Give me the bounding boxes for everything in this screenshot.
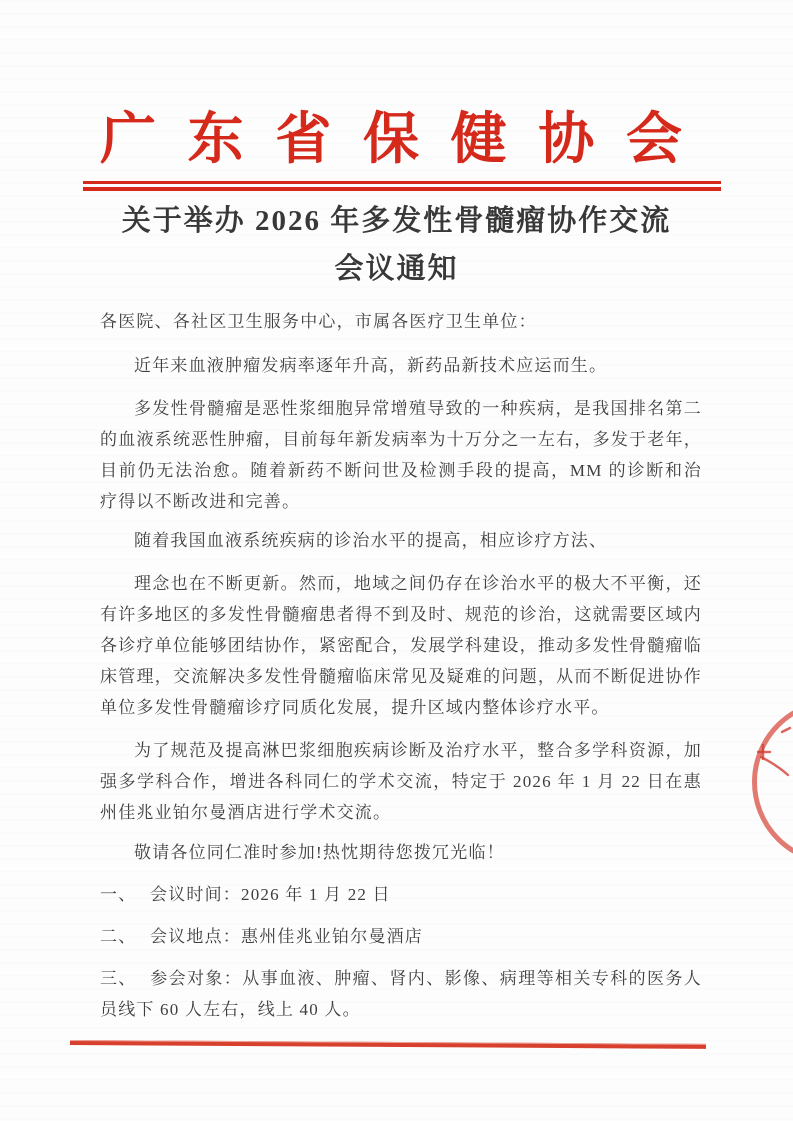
salutation-line: 各医院、各社区卫生服务中心，市属各医疗卫生单位：: [100, 306, 702, 337]
paragraph: 理念也在不断更新。然而，地域之间仍存在诊治水平的极大不平衡，还有许多地区的多发性…: [100, 568, 702, 723]
list-item-marker: 一、: [100, 879, 150, 910]
letterhead-double-rule: [83, 181, 721, 191]
paragraph: 多发性骨髓瘤是恶性浆细胞异常增殖导致的一种疾病，是我国排名第二的血液系统恶性肿瘤…: [100, 393, 702, 517]
paragraph: 随着我国血液系统疾病的诊治水平的提高，相应诊疗方法、: [100, 525, 702, 556]
doc-title-line2: 会议通知: [0, 252, 793, 286]
list-item-meeting-place: 二、会议地点：惠州佳兆业铂尔曼酒店: [100, 921, 702, 952]
list-item-meeting-time: 一、会议时间：2026 年 1 月 22 日: [100, 879, 702, 910]
paragraph: 为了规范及提高淋巴浆细胞疾病诊断及治疗水平，整合多学科资源，加强多学科合作，增进…: [100, 735, 702, 828]
scanned-notice-document: 广东省保健协会 关于举办 2026 年多发性骨髓瘤协作交流 会议通知 各医院、各…: [0, 0, 793, 1121]
list-item-text: 会议时间：2026 年 1 月 22 日: [150, 885, 391, 904]
letterhead-org-name: 广东省保健协会: [100, 108, 682, 170]
list-item-marker: 三、: [100, 963, 150, 994]
list-item-attendees: 三、参会对象：从事血液、肿瘤、肾内、影像、病理等相关专科的医务人员线下 60 人…: [100, 963, 702, 1025]
list-item-marker: 二、: [100, 921, 150, 952]
list-item-text: 会议地点：惠州佳兆业铂尔曼酒店: [150, 927, 423, 946]
paragraph: 近年来血液肿瘤发病率逐年升高，新药品新技术应运而生。: [100, 350, 702, 381]
list-item-text: 参会对象：从事血液、肿瘤、肾内、影像、病理等相关专科的医务人员线下 60 人左右…: [100, 969, 702, 1019]
paragraph-invitation: 敬请各位同仁准时参加!热忱期待您拨冗光临！: [100, 837, 702, 868]
official-seal-ink-marks: [735, 715, 793, 805]
footer-rule: [70, 1040, 706, 1049]
doc-title-line1: 关于举办 2026 年多发性骨髓瘤协作交流: [0, 204, 793, 238]
